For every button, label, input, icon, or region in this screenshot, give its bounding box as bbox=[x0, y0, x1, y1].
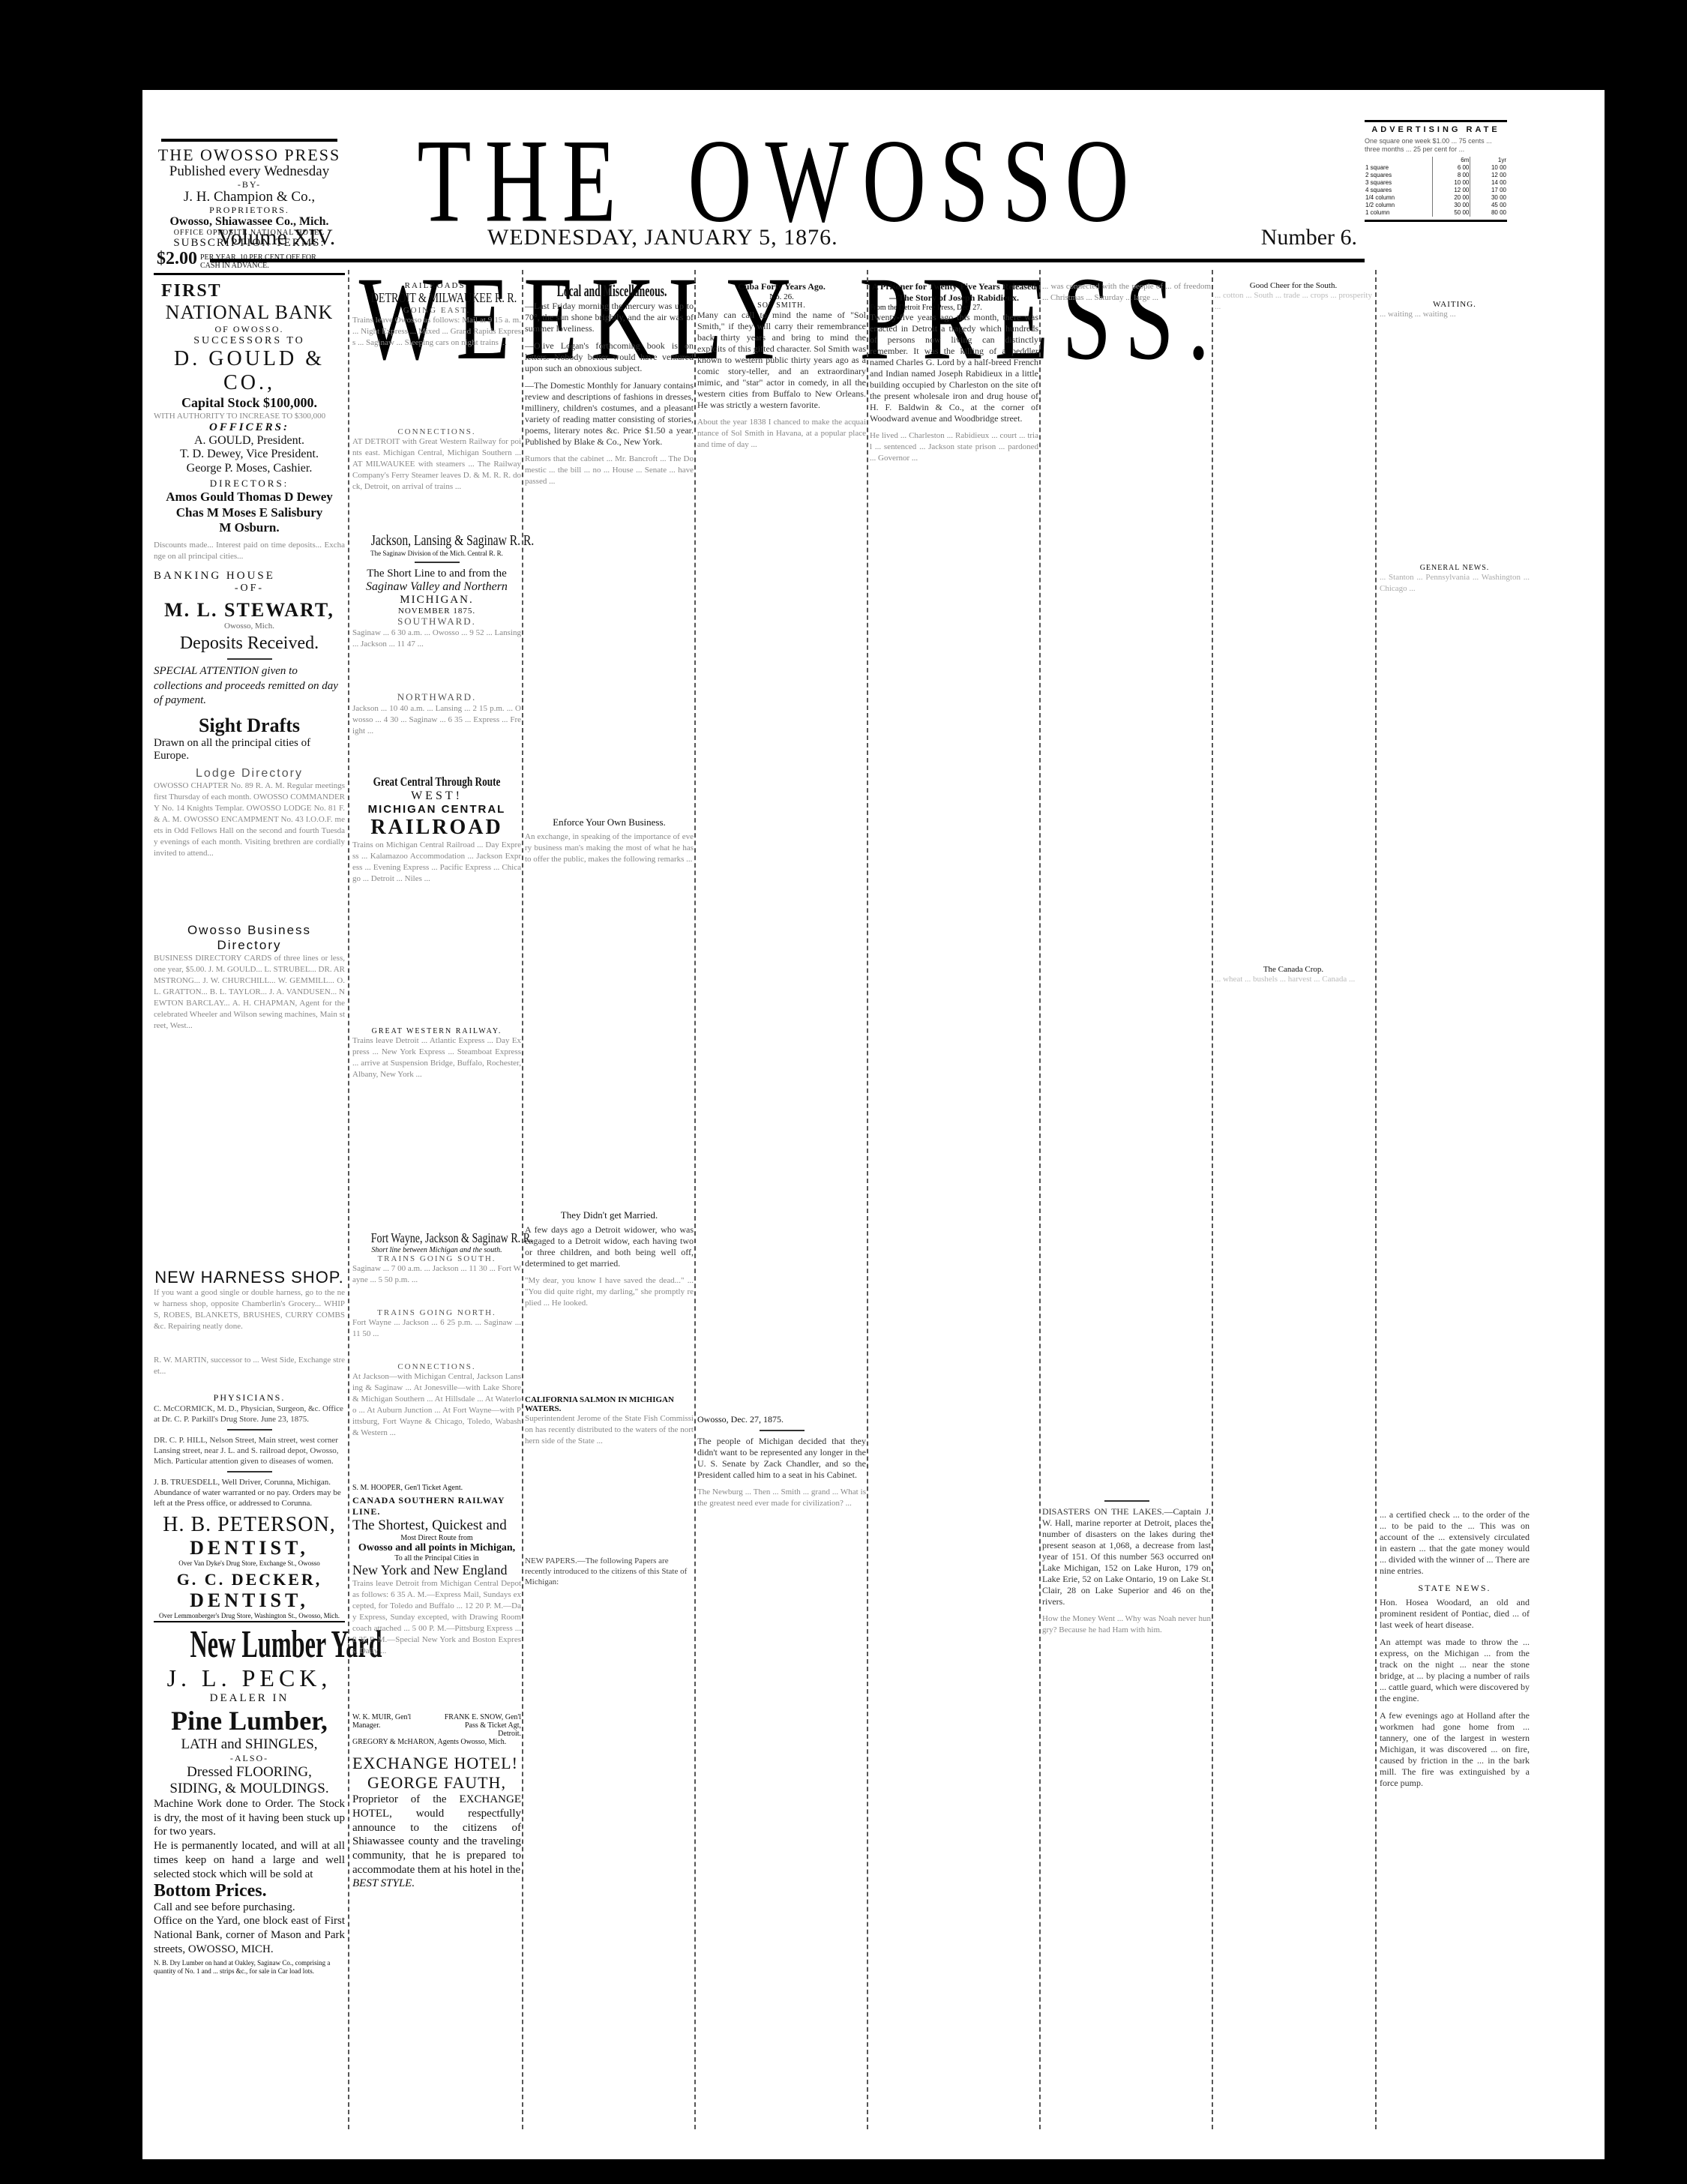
rates-header-cell bbox=[1365, 157, 1433, 164]
shortest-quickest: The Shortest, Quickest and bbox=[352, 1517, 521, 1534]
rates-cell: 12 00 bbox=[1470, 172, 1507, 179]
canada-crop: The Canada Crop. bbox=[1215, 965, 1372, 974]
stewart-location: Owosso, Mich. bbox=[154, 622, 345, 631]
advertising-rates-box: ADVERTISING RATE One square one week $1.… bbox=[1365, 120, 1507, 222]
nb-note: N. B. Dry Lumber on hand at Oakley, Sagi… bbox=[154, 1959, 345, 1976]
hill-ad: DR. C. P. HILL, Nelson Street, Main stre… bbox=[154, 1435, 345, 1466]
rates-table: 6m1yr 1 square6 0010 002 squares8 0012 0… bbox=[1365, 157, 1507, 217]
bank-name: NATIONAL BANK bbox=[154, 301, 345, 324]
principal-cities: To all the Principal Cities in bbox=[352, 1554, 521, 1562]
rates-row: 4 squares12 0017 00 bbox=[1365, 187, 1507, 194]
harness-body: If you want a good single or double harn… bbox=[154, 1287, 345, 1355]
holland-item: A few evenings ago at Holland after the … bbox=[1380, 1710, 1530, 1789]
pine-lumber: Pine Lumber, bbox=[154, 1705, 345, 1736]
lodge-listings: OWOSSO CHAPTER No. 89 R. A. M. Regular m… bbox=[154, 780, 345, 923]
business-listings: BUSINESS DIRECTORY CARDS of three lines … bbox=[154, 953, 345, 1268]
exchange-hotel: EXCHANGE HOTEL! bbox=[352, 1754, 521, 1773]
col7-text: ... wheat ... bushels ... harvest ... Ca… bbox=[1215, 974, 1372, 1949]
enforce-body: An exchange, in speaking of the importan… bbox=[525, 831, 694, 1206]
mc-timetable: Trains on Michigan Central Railroad ... … bbox=[352, 840, 521, 1027]
waiting-heading: WAITING. bbox=[1380, 300, 1530, 309]
col6-text: ... was connected with the people of ...… bbox=[1042, 281, 1211, 1496]
southward-table: Saginaw ... 6 30 a.m. ... Owosso ... 9 5… bbox=[352, 628, 521, 691]
column-rule bbox=[522, 270, 523, 2129]
dateline: Volume XIV. WEDNESDAY, JANUARY 5, 1876. … bbox=[217, 225, 1357, 255]
scan-border-bottom bbox=[0, 2159, 1687, 2184]
short-line: The Short Line to and from the bbox=[352, 568, 521, 580]
most-direct: Most Direct Route from bbox=[352, 1534, 521, 1542]
november-label: NOVEMBER 1875. bbox=[352, 607, 521, 616]
owosso-points: Owosso and all points in Michigan, bbox=[352, 1542, 521, 1554]
owosso-date: Owosso, Dec. 27, 1875. bbox=[697, 1414, 866, 1425]
bank-of: OF OWOSSO. bbox=[154, 324, 345, 335]
mccormick-ad: C. McCORMICK, M. D., Physician, Surgeon,… bbox=[154, 1404, 345, 1425]
trains-north: TRAINS GOING NORTH. bbox=[352, 1308, 521, 1317]
column-rule bbox=[1039, 270, 1041, 2129]
dm-connections: AT DETROIT with Great Western Railway fo… bbox=[352, 436, 521, 526]
jls-subtitle: The Saginaw Division of the Mich. Centra… bbox=[352, 550, 521, 557]
column-rule bbox=[694, 270, 696, 2129]
peterson-address: Over Van Dyke's Drug Store, Exchange St.… bbox=[154, 1559, 345, 1567]
snow: FRANK E. SNOW, Gen'l Pass & Ticket Agt, … bbox=[440, 1713, 521, 1738]
physicians-heading: PHYSICIANS. bbox=[154, 1392, 345, 1404]
banking-house: BANKING HOUSE bbox=[154, 570, 345, 583]
connections-heading: CONNECTIONS. bbox=[352, 427, 521, 436]
issue-date: WEDNESDAY, JANUARY 5, 1876. bbox=[487, 225, 838, 250]
column-rule bbox=[1375, 270, 1377, 2129]
separator bbox=[227, 1471, 272, 1472]
ftw-south-table: Saginaw ... 7 00 a.m. ... Jackson ... 11… bbox=[352, 1263, 521, 1308]
scan-border-left bbox=[0, 0, 142, 2184]
ny-new-england: New York and New England bbox=[352, 1562, 521, 1578]
ftw-subtitle: Short line between Michigan and the sout… bbox=[352, 1246, 521, 1254]
rates-cell: 1 column bbox=[1365, 209, 1433, 217]
rates-cell: 50 00 bbox=[1433, 209, 1470, 217]
lumber-yard-heading: New Lumber Yard bbox=[154, 1625, 345, 1664]
dressed-flooring: Dressed FLOORING, bbox=[154, 1764, 345, 1781]
rates-row: 1 square6 0010 00 bbox=[1365, 164, 1507, 172]
officers-heading: OFFICERS: bbox=[154, 421, 345, 434]
decker-address: Over Lemmonberger's Drug Store, Washingt… bbox=[154, 1612, 345, 1622]
cuba-body: Many can call to mind the name of "Sol S… bbox=[697, 310, 866, 411]
rates-cell: 12 00 bbox=[1433, 187, 1470, 194]
martin-ad: R. W. MARTIN, successor to ... West Side… bbox=[154, 1355, 345, 1392]
prisoner-body: Twenty-five years ago this month, there … bbox=[870, 312, 1038, 424]
california-body: Superintendent Jerome of the State Fish … bbox=[525, 1413, 694, 1556]
special-attention: SPECIAL ATTENTION given to collections a… bbox=[154, 664, 345, 709]
trains-south: TRAINS GOING SOUTH. bbox=[352, 1254, 521, 1263]
canada-southern: CANADA SOUTHERN RAILWAY LINE. bbox=[352, 1495, 521, 1517]
call-and-see: Call and see before purchasing. bbox=[154, 1901, 345, 1914]
separator bbox=[227, 1429, 272, 1431]
peterson-dentist: DENTIST, bbox=[154, 1537, 345, 1559]
local-item: —Olive Logan's forthcoming book is on le… bbox=[525, 340, 694, 374]
rates-cell: 2 squares bbox=[1365, 172, 1433, 179]
west-label: WEST! bbox=[352, 789, 521, 803]
bank-successors: SUCCESSORS TO bbox=[154, 335, 345, 347]
jls-heading: Jackson, Lansing & Saginaw R. R. bbox=[352, 532, 521, 550]
ftw-connections: CONNECTIONS. bbox=[352, 1362, 521, 1371]
southward-label: SOUTHWARD. bbox=[352, 616, 521, 628]
general-news: GENERAL NEWS. bbox=[1380, 564, 1530, 572]
column-5-article: A Prisoner for Twenty-Five Years Release… bbox=[870, 281, 1038, 2080]
decker-dentist: DENTIST, bbox=[154, 1589, 345, 1612]
local-item: —The Domestic Monthly for January contai… bbox=[525, 380, 694, 448]
permanently-located: He is permanently located, and will at a… bbox=[154, 1839, 345, 1881]
married-body: A few days ago a Detroit widower, who wa… bbox=[525, 1224, 694, 1269]
dm-timetable: Trains leave Owosso as follows: Mail at … bbox=[352, 315, 521, 427]
siding-mouldings: SIDING, & MOULDINGS. bbox=[154, 1781, 345, 1797]
northward-table: Jackson ... 10 40 a.m. ... Lansing ... 2… bbox=[352, 703, 521, 774]
woodard-item: Hon. Hosea Woodard, an old and prominent… bbox=[1380, 1597, 1530, 1631]
rates-cell: 80 00 bbox=[1470, 209, 1507, 217]
local-heading: Local and Miscellaneous. bbox=[525, 281, 694, 301]
cuba-heading: Cuba Forty Years Ago. bbox=[697, 281, 866, 292]
prisoner-heading: A Prisoner for Twenty-Five Years Release… bbox=[870, 281, 1038, 304]
deposits-received: Deposits Received. bbox=[154, 634, 345, 654]
column-4-article: Cuba Forty Years Ago. No. 26. SOL SMITH.… bbox=[697, 281, 866, 1787]
volume-label: Volume XIV. bbox=[217, 225, 335, 250]
rates-row: 2 squares8 0012 00 bbox=[1365, 172, 1507, 179]
machine-work: Machine Work done to Order. The Stock is… bbox=[154, 1797, 345, 1839]
enforce-heading: Enforce Your Own Business. bbox=[525, 816, 694, 828]
column-1-advertisements: FIRST NATIONAL BANK OF OWOSSO. SUCCESSOR… bbox=[154, 281, 345, 1976]
hooper: S. M. HOOPER, Gen'l Ticket Agent. bbox=[352, 1484, 521, 1492]
masthead-rule bbox=[210, 259, 1365, 262]
dm-heading: DETROIT & MILWAUKEE R. R. bbox=[352, 290, 521, 306]
fauth-name: GEORGE FAUTH, bbox=[352, 1773, 521, 1793]
california-heading: CALIFORNIA SALMON IN MICHIGAN WATERS. bbox=[525, 1395, 694, 1413]
rates-row: 1/2 column30 0045 00 bbox=[1365, 202, 1507, 209]
bank-gould: D. GOULD & CO., bbox=[154, 347, 345, 395]
rates-heading: ADVERTISING RATE bbox=[1365, 125, 1507, 136]
column-rule bbox=[348, 270, 349, 2129]
ftw-heading: Fort Wayne, Jackson & Saginaw R. R. bbox=[352, 1230, 521, 1246]
rates-cell: 10 00 bbox=[1470, 164, 1507, 172]
fauth-body: Proprietor of the EXCHANGE HOTEL, would … bbox=[352, 1793, 521, 1877]
new-papers: NEW PAPERS.—The following Papers are rec… bbox=[525, 1556, 694, 1587]
rates-cell: 1/4 column bbox=[1365, 194, 1433, 202]
going-east: GOING EAST. bbox=[352, 306, 521, 315]
cuba-sol: SOL SMITH. bbox=[697, 301, 866, 310]
bank-capital: Capital Stock $100,000. bbox=[154, 395, 345, 411]
rates-cell: 8 00 bbox=[1433, 172, 1470, 179]
local-item: —Last Friday morning the mercury was up … bbox=[525, 301, 694, 334]
officer: George P. Moses, Cashier. bbox=[154, 462, 345, 475]
ftw-north-table: Fort Wayne ... Jackson ... 6 25 p.m. ...… bbox=[352, 1317, 521, 1362]
rates-row: 3 squares10 0014 00 bbox=[1365, 179, 1507, 187]
rates-cell: 17 00 bbox=[1470, 187, 1507, 194]
officers-list: A. GOULD, President.T. D. Dewey, Vice Pr… bbox=[154, 434, 345, 475]
stewart-name: M. L. STEWART, bbox=[154, 599, 345, 622]
column-7-article: Good Cheer for the South. ... cotton ...… bbox=[1215, 281, 1372, 1949]
office-location: Office on the Yard, one block east of Fi… bbox=[154, 1914, 345, 1956]
decker-name: G. C. DECKER, bbox=[154, 1570, 345, 1589]
dealer-in: DEALER IN bbox=[154, 1692, 345, 1705]
good-cheer-heading: Good Cheer for the South. bbox=[1215, 281, 1372, 290]
rates-cell: 45 00 bbox=[1470, 202, 1507, 209]
ear-price: $2.00 bbox=[157, 249, 197, 268]
rates-header-cell: 6m bbox=[1433, 157, 1470, 164]
attempt-item: An attempt was made to throw the ... exp… bbox=[1380, 1637, 1530, 1704]
state-news: STATE NEWS. bbox=[1380, 1583, 1530, 1594]
great-central: Great Central Through Route bbox=[352, 774, 521, 789]
waiting-poem: ... waiting ... waiting ... bbox=[1380, 309, 1530, 564]
peck-name: J. L. PECK, bbox=[154, 1664, 345, 1692]
northward-label: NORTHWARD. bbox=[352, 691, 521, 703]
gregory: GREGORY & McHARON, Agents Owosso, Mich. bbox=[352, 1738, 521, 1746]
business-directory: Owosso Business Directory bbox=[154, 923, 345, 953]
prisoner-from: From the Detroit Free Press, Dec. 27. bbox=[870, 304, 1038, 312]
column-rule bbox=[1212, 270, 1213, 2129]
lath-shingles: LATH and SHINGLES, bbox=[154, 1736, 345, 1753]
rates-cell: 1 square bbox=[1365, 164, 1433, 172]
directors-list: Amos Gould Thomas D DeweyChas M Moses E … bbox=[154, 490, 345, 535]
separator bbox=[760, 1430, 805, 1431]
good-cheer-text: ... cotton ... South ... trade ... crops… bbox=[1215, 290, 1372, 965]
rates-cell: 20 00 bbox=[1433, 194, 1470, 202]
column-2-railroads: RAILROADS. DETROIT & MILWAUKEE R. R. GOI… bbox=[352, 281, 521, 1890]
railroad-label: RAILROAD bbox=[352, 816, 521, 840]
rates-note: One square one week $1.00 ... 75 cents .… bbox=[1365, 137, 1507, 154]
column-3-local-news: Local and Miscellaneous. —Last Friday mo… bbox=[525, 281, 694, 1587]
cuba-number: No. 26. bbox=[697, 292, 866, 301]
separator bbox=[227, 658, 272, 660]
best-style: BEST STYLE. bbox=[352, 1877, 521, 1890]
married-text: "My dear, you know I have saved the dead… bbox=[525, 1275, 694, 1395]
bank-first: FIRST bbox=[154, 281, 345, 301]
general-news-text: ... Stanton ... Pennsylvania ... Washing… bbox=[1380, 572, 1530, 1509]
lodge-directory: Lodge Directory bbox=[154, 767, 345, 780]
rates-row: 1/4 column20 0030 00 bbox=[1365, 194, 1507, 202]
col6-text-bottom: How the Money Went ... Why was Noah neve… bbox=[1042, 1613, 1211, 1988]
banking-of: -OF- bbox=[154, 583, 345, 595]
cuba-text: About the year 1838 I chanced to make th… bbox=[697, 417, 866, 1414]
railroads-label: RAILROADS. bbox=[352, 281, 521, 290]
drawn-on: Drawn on all the principal cities of Eur… bbox=[154, 737, 345, 762]
issue-number: Number 6. bbox=[1261, 225, 1357, 250]
fine-print: WITH AUTHORITY TO INCREASE TO $300,000 bbox=[154, 411, 345, 421]
rates-cell: 14 00 bbox=[1470, 179, 1507, 187]
officer: T. D. Dewey, Vice President. bbox=[154, 448, 345, 461]
rates-cell: 30 00 bbox=[1433, 202, 1470, 209]
disasters-item: DISASTERS ON THE LAKES.—Captain J. W. Ha… bbox=[1042, 1506, 1211, 1607]
rates-cell: 4 squares bbox=[1365, 187, 1433, 194]
column-rule bbox=[867, 270, 868, 2129]
gw-timetable: Trains leave Detroit ... Atlantic Expres… bbox=[352, 1035, 521, 1230]
director: Amos Gould Thomas D Dewey bbox=[154, 490, 345, 505]
director: M Osburn. bbox=[154, 520, 345, 535]
rates-cell: 10 00 bbox=[1433, 179, 1470, 187]
michigan-label: MICHIGAN. bbox=[352, 594, 521, 607]
fine-print: Discounts made... Interest paid on time … bbox=[154, 540, 345, 562]
michigan-text: The Newburg ... Then ... Smith ... grand… bbox=[697, 1487, 866, 1787]
separator bbox=[1104, 1500, 1149, 1502]
rates-cell: 1/2 column bbox=[1365, 202, 1433, 209]
michigan-senate: The people of Michigan decided that they… bbox=[697, 1436, 866, 1481]
bottom-prices: Bottom Prices. bbox=[154, 1881, 345, 1901]
director: Chas M Moses E Salisbury bbox=[154, 505, 345, 520]
rates-cell: 30 00 bbox=[1470, 194, 1507, 202]
scan-border-right bbox=[1605, 0, 1687, 2184]
married-heading: They Didn't get Married. bbox=[525, 1209, 694, 1221]
michigan-central: MICHIGAN CENTRAL bbox=[352, 803, 521, 816]
also: -ALSO- bbox=[154, 1753, 345, 1764]
peterson-name: H. B. PETERSON, bbox=[154, 1513, 345, 1537]
saginaw-valley: Saginaw Valley and Northern bbox=[352, 580, 521, 594]
rates-header-cell: 1yr bbox=[1470, 157, 1507, 164]
muir: W. K. MUIR, Gen'l Manager. bbox=[352, 1713, 433, 1738]
prisoner-text: He lived ... Charleston ... Rabidieux ..… bbox=[870, 430, 1038, 2080]
column-6-article: ... was connected with the people of ...… bbox=[1042, 281, 1211, 1988]
directors-heading: DIRECTORS: bbox=[154, 478, 345, 490]
new-harness-shop: NEW HARNESS SHOP. bbox=[154, 1268, 345, 1287]
agents-row: W. K. MUIR, Gen'l Manager. FRANK E. SNOW… bbox=[352, 1713, 521, 1738]
canada-timetable: Trains leave Detroit from Michigan Centr… bbox=[352, 1578, 521, 1713]
local-text: Rumors that the cabinet ... Mr. Bancroft… bbox=[525, 454, 694, 813]
truesdell-ad: J. B. TRUESDELL, Well Driver, Corunna, M… bbox=[154, 1477, 345, 1508]
rates-cell: 6 00 bbox=[1433, 164, 1470, 172]
column-8-news: WAITING. ... waiting ... waiting ... GEN… bbox=[1380, 300, 1530, 1795]
check-item: ... a certified check ... to the order o… bbox=[1380, 1509, 1530, 1577]
ftw-connections-body: At Jackson—with Michigan Central, Jackso… bbox=[352, 1371, 521, 1484]
officer: A. GOULD, President. bbox=[154, 434, 345, 448]
great-western: GREAT WESTERN RAILWAY. bbox=[352, 1027, 521, 1035]
sight-drafts: Sight Drafts bbox=[154, 715, 345, 737]
rates-cell: 3 squares bbox=[1365, 179, 1433, 187]
scan-border-top bbox=[0, 0, 1687, 90]
rates-row: 1 column50 0080 00 bbox=[1365, 209, 1507, 217]
separator bbox=[415, 562, 460, 563]
